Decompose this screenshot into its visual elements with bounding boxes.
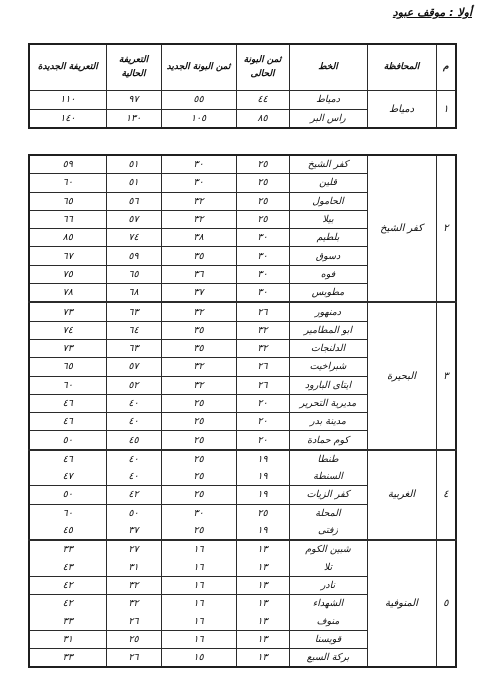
tariff-new-cell: ٣١ — [29, 630, 106, 648]
tariff-current-cell: ٧٤ — [106, 229, 161, 247]
page-title: أولا : موقف عبود — [0, 5, 472, 20]
bona-current-cell: ١٣ — [236, 649, 289, 668]
tariff-table-governorates: ٢كفر الشيخكفر الشيخ٢٥٣٠٥١٥٩قلين٢٥٣٠٥١٦٠ا… — [28, 154, 457, 668]
index-cell: ٤ — [436, 450, 456, 540]
tariff-new-cell: ٥٠ — [29, 486, 106, 504]
bona-current-cell: ٢٦ — [236, 358, 289, 376]
bona-current-cell: ٢٠ — [236, 431, 289, 450]
bona-current-cell: ٢٥ — [236, 174, 289, 192]
bona-current-cell: ١٩ — [236, 450, 289, 468]
line-cell: قلين — [289, 174, 367, 192]
bona-new-cell: ٣٨ — [161, 229, 236, 247]
table-row: ٣البحيرةدمنهور٢٦٣٢٦٣٧٣ — [29, 302, 456, 321]
bona-current-cell: ١٩ — [236, 522, 289, 540]
governorate-cell: كفر الشيخ — [367, 155, 436, 302]
tariff-current-cell: ٣١ — [106, 559, 161, 577]
bona-new-cell: ١٦ — [161, 559, 236, 577]
tariff-new-cell: ٤٧ — [29, 468, 106, 486]
bona-current-cell: ٣٠ — [236, 265, 289, 283]
line-cell: راس البر — [289, 109, 367, 128]
tariff-new-cell: ٧٨ — [29, 284, 106, 303]
line-cell: دسوق — [289, 247, 367, 265]
tariff-current-cell: ٦٣ — [106, 339, 161, 357]
line-cell: قويسنا — [289, 630, 367, 648]
line-cell: مدينة بدر — [289, 413, 367, 431]
tariff-new-cell: ٦٠ — [29, 376, 106, 394]
bona-current-cell: ٣٢ — [236, 339, 289, 357]
header-index: م — [436, 44, 456, 91]
bona-new-cell: ١٥ — [161, 649, 236, 668]
bona-new-cell: ٣٠ — [161, 504, 236, 522]
bona-current-cell: ١٣ — [236, 630, 289, 648]
tariff-current-cell: ٣٢ — [106, 595, 161, 613]
tariff-new-cell: ٦٧ — [29, 247, 106, 265]
bona-new-cell: ٢٥ — [161, 486, 236, 504]
governorate-cell: المنوفية — [367, 540, 436, 667]
bona-current-cell: ٨٥ — [236, 109, 289, 128]
line-cell: بيلا — [289, 210, 367, 228]
index-cell: ٣ — [436, 302, 456, 449]
bona-current-cell: ٢٦ — [236, 302, 289, 321]
bona-current-cell: ٣٠ — [236, 229, 289, 247]
bona-new-cell: ٣٥ — [161, 321, 236, 339]
tariff-current-cell: ٢٧ — [106, 540, 161, 558]
bona-new-cell: ١٦ — [161, 576, 236, 594]
header-tariff-new: التعريفة الجديدة — [29, 44, 106, 91]
bona-current-cell: ١٣ — [236, 559, 289, 577]
bona-new-cell: ٢٥ — [161, 413, 236, 431]
bona-new-cell: ١٦ — [161, 630, 236, 648]
bona-new-cell: ٢٥ — [161, 522, 236, 540]
bona-new-cell: ٣٢ — [161, 192, 236, 210]
line-cell: ايتاى البارود — [289, 376, 367, 394]
bona-current-cell: ٣٠ — [236, 247, 289, 265]
bona-new-cell: ٣٠ — [161, 155, 236, 174]
table-row: ٢كفر الشيخكفر الشيخ٢٥٣٠٥١٥٩ — [29, 155, 456, 174]
tariff-current-cell: ٦٤ — [106, 321, 161, 339]
tariff-current-cell: ٥٧ — [106, 358, 161, 376]
tariff-new-cell: ٦٥ — [29, 358, 106, 376]
bona-current-cell: ١٩ — [236, 468, 289, 486]
line-cell: منوف — [289, 612, 367, 630]
bona-new-cell: ٣٢ — [161, 358, 236, 376]
index-cell: ٢ — [436, 155, 456, 302]
governorate-cell: دمياط — [367, 91, 436, 129]
line-cell: الدلنجات — [289, 339, 367, 357]
bona-new-cell: ٢٥ — [161, 450, 236, 468]
bona-current-cell: ٢٥ — [236, 155, 289, 174]
line-cell: كفر الزيات — [289, 486, 367, 504]
table-row: ٥المنوفيةشبين الكوم١٣١٦٢٧٣٣ — [29, 540, 456, 558]
bona-new-cell: ٣٢ — [161, 376, 236, 394]
bona-current-cell: ١٩ — [236, 486, 289, 504]
tariff-new-cell: ٤٥ — [29, 522, 106, 540]
table-header: م المحافظة الخط ثمن البونة الحالى ثمن ال… — [29, 44, 456, 91]
tariff-current-cell: ٥١ — [106, 174, 161, 192]
tariff-current-cell: ٥١ — [106, 155, 161, 174]
bona-new-cell: ٣٠ — [161, 174, 236, 192]
bona-current-cell: ٢٥ — [236, 504, 289, 522]
tariff-new-cell: ٤٢ — [29, 595, 106, 613]
bona-current-cell: ٢٥ — [236, 192, 289, 210]
line-cell: كوم حمادة — [289, 431, 367, 450]
table-row: ١دمياطدمياط٤٤٥٥٩٧١١٠ — [29, 91, 456, 110]
tariff-current-cell: ١٣٠ — [106, 109, 161, 128]
tariff-current-cell: ٦٣ — [106, 302, 161, 321]
line-cell: شبين الكوم — [289, 540, 367, 558]
tariff-current-cell: ٤٠ — [106, 450, 161, 468]
index-cell: ١ — [436, 91, 456, 129]
line-cell: مديرية التحرير — [289, 394, 367, 412]
line-cell: الشهداء — [289, 595, 367, 613]
bona-new-cell: ١٠٥ — [161, 109, 236, 128]
tariff-current-cell: ٩٧ — [106, 91, 161, 110]
tariff-new-cell: ٤٦ — [29, 413, 106, 431]
tariff-new-cell: ٥٠ — [29, 431, 106, 450]
bona-new-cell: ١٦ — [161, 540, 236, 558]
line-cell: السنطة — [289, 468, 367, 486]
tariff-new-cell: ٧٣ — [29, 339, 106, 357]
bona-current-cell: ٤٤ — [236, 91, 289, 110]
tariff-new-cell: ١١٠ — [29, 91, 106, 110]
header-bona-new: ثمن البونة الجديد — [161, 44, 236, 91]
bona-current-cell: ١٣ — [236, 595, 289, 613]
tariff-current-cell: ٢٥ — [106, 630, 161, 648]
tariff-new-cell: ٧٤ — [29, 321, 106, 339]
tariff-new-cell: ٦٦ — [29, 210, 106, 228]
bona-current-cell: ٣٢ — [236, 321, 289, 339]
bona-new-cell: ٣٦ — [161, 265, 236, 283]
bona-current-cell: ١٣ — [236, 540, 289, 558]
tariff-new-cell: ٦٠ — [29, 504, 106, 522]
governorate-cell: الغربية — [367, 450, 436, 540]
bona-new-cell: ٣٢ — [161, 210, 236, 228]
tariff-new-cell: ٤٢ — [29, 576, 106, 594]
damietta-rows: ١دمياطدمياط٤٤٥٥٩٧١١٠راس البر٨٥١٠٥١٣٠١٤٠ — [29, 91, 456, 129]
bona-new-cell: ٣٥ — [161, 247, 236, 265]
line-cell: طنطا — [289, 450, 367, 468]
bona-current-cell: ١٣ — [236, 612, 289, 630]
tariff-new-cell: ٤٣ — [29, 559, 106, 577]
tariff-current-cell: ٣٧ — [106, 522, 161, 540]
bona-current-cell: ٢٠ — [236, 394, 289, 412]
tariff-current-cell: ٤٠ — [106, 394, 161, 412]
line-cell: ابو المطامير — [289, 321, 367, 339]
tariff-new-cell: ٦٠ — [29, 174, 106, 192]
bona-new-cell: ٢٥ — [161, 468, 236, 486]
tariff-current-cell: ٤٠ — [106, 468, 161, 486]
tariff-new-cell: ٦٥ — [29, 192, 106, 210]
tariff-current-cell: ٥٠ — [106, 504, 161, 522]
tariff-current-cell: ٦٥ — [106, 265, 161, 283]
line-cell: فوه — [289, 265, 367, 283]
bona-new-cell: ١٦ — [161, 595, 236, 613]
governorate-rows: ٢كفر الشيخكفر الشيخ٢٥٣٠٥١٥٩قلين٢٥٣٠٥١٦٠ا… — [29, 155, 456, 667]
line-cell: المحلة — [289, 504, 367, 522]
tariff-current-cell: ٢٦ — [106, 612, 161, 630]
bona-new-cell: ٢٥ — [161, 394, 236, 412]
tariff-current-cell: ٥٧ — [106, 210, 161, 228]
bona-current-cell: ٢٠ — [236, 413, 289, 431]
tariff-new-cell: ١٤٠ — [29, 109, 106, 128]
header-bona-current: ثمن البونة الحالى — [236, 44, 289, 91]
tariff-table-damietta: م المحافظة الخط ثمن البونة الحالى ثمن ال… — [28, 43, 457, 129]
line-cell: الحامول — [289, 192, 367, 210]
line-cell: تلا — [289, 559, 367, 577]
line-cell: نادر — [289, 576, 367, 594]
tariff-current-cell: ٦٨ — [106, 284, 161, 303]
tariff-current-cell: ٢٦ — [106, 649, 161, 668]
tariff-current-cell: ٥٢ — [106, 376, 161, 394]
tariff-new-cell: ٤٦ — [29, 450, 106, 468]
index-cell: ٥ — [436, 540, 456, 667]
header-row: م المحافظة الخط ثمن البونة الحالى ثمن ال… — [29, 44, 456, 91]
table-row: ٤الغربيةطنطا١٩٢٥٤٠٤٦ — [29, 450, 456, 468]
line-cell: زفتى — [289, 522, 367, 540]
document-page: أولا : موقف عبود م المحافظة الخط ثمن الب… — [0, 5, 482, 693]
bona-current-cell: ١٣ — [236, 576, 289, 594]
tariff-current-cell: ٣٢ — [106, 576, 161, 594]
tariff-current-cell: ٤٥ — [106, 431, 161, 450]
tariff-current-cell: ٥٦ — [106, 192, 161, 210]
line-cell: بركة السبع — [289, 649, 367, 668]
bona-new-cell: ٣٢ — [161, 302, 236, 321]
bona-new-cell: ٣٧ — [161, 284, 236, 303]
bona-current-cell: ٢٦ — [236, 376, 289, 394]
tariff-new-cell: ٧٥ — [29, 265, 106, 283]
bona-new-cell: ٢٥ — [161, 431, 236, 450]
tariff-new-cell: ٣٣ — [29, 540, 106, 558]
tariff-new-cell: ٤٦ — [29, 394, 106, 412]
bona-current-cell: ٣٠ — [236, 284, 289, 303]
line-cell: مطوبس — [289, 284, 367, 303]
line-cell: دمنهور — [289, 302, 367, 321]
tariff-new-cell: ٥٩ — [29, 155, 106, 174]
line-cell: دمياط — [289, 91, 367, 110]
bona-new-cell: ٥٥ — [161, 91, 236, 110]
header-line: الخط — [289, 44, 367, 91]
tariff-new-cell: ٨٥ — [29, 229, 106, 247]
line-cell: شبراخيت — [289, 358, 367, 376]
header-governorate: المحافظة — [367, 44, 436, 91]
governorate-cell: البحيرة — [367, 302, 436, 449]
tariff-new-cell: ٧٣ — [29, 302, 106, 321]
tariff-current-cell: ٤٢ — [106, 486, 161, 504]
bona-new-cell: ١٦ — [161, 612, 236, 630]
tariff-new-cell: ٣٣ — [29, 612, 106, 630]
bona-current-cell: ٢٥ — [236, 210, 289, 228]
tariff-current-cell: ٥٩ — [106, 247, 161, 265]
tariff-current-cell: ٤٠ — [106, 413, 161, 431]
tariff-new-cell: ٣٣ — [29, 649, 106, 668]
bona-new-cell: ٣٥ — [161, 339, 236, 357]
line-cell: بلطيم — [289, 229, 367, 247]
header-tariff-current: التعريفة الحالية — [106, 44, 161, 91]
line-cell: كفر الشيخ — [289, 155, 367, 174]
